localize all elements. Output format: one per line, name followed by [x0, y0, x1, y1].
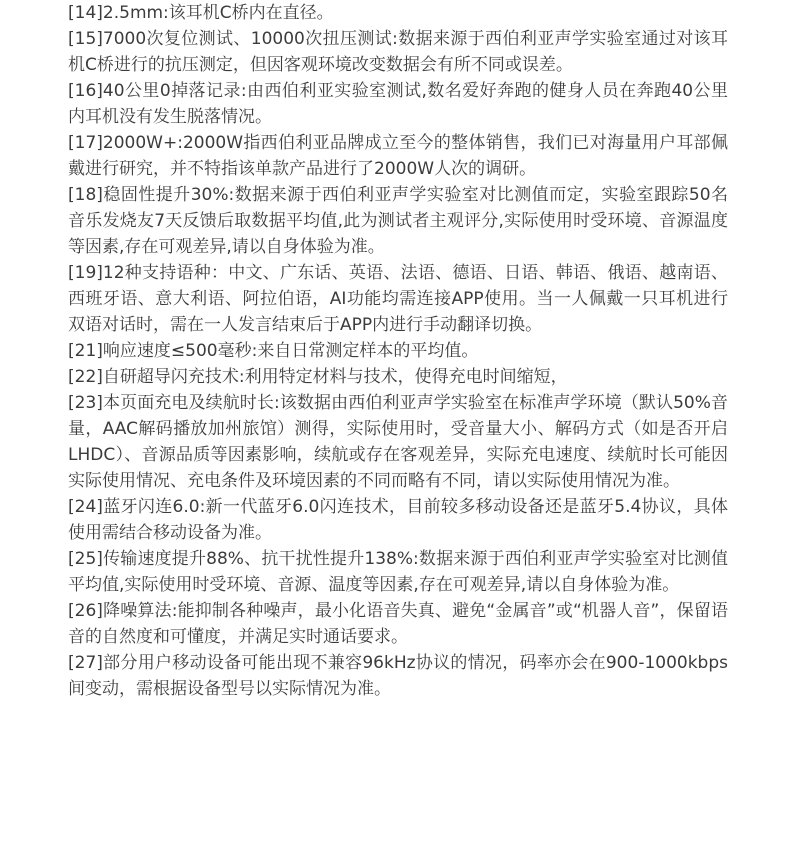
footnote-number: [15]	[68, 29, 103, 49]
footnote-text: 降噪算法:能抑制各种噪声，最小化语音失真、避免“金属音”或“机器人音”，保留语音…	[68, 601, 728, 647]
footnote-17: [17]2000W+:2000W指西伯利亚品牌成立至今的整体销售，我们已对海量用…	[68, 130, 728, 182]
footnote-number: [23]	[68, 393, 103, 413]
footnote-number: [24]	[68, 497, 103, 517]
footnote-text: 7000次复位测试、10000次扭压测试:数据来源于西伯利亚声学实验室通过对该耳…	[68, 29, 728, 75]
footnote-text: 2000W+:2000W指西伯利亚品牌成立至今的整体销售，我们已对海量用户耳部佩…	[68, 133, 728, 179]
footnote-text: 传输速度提升88%、抗干扰性提升138%:数据来源于西伯利亚声学实验室对比测值平…	[68, 549, 728, 595]
footnote-22: [22]自研超导闪充技术:利用特定材料与技术，使得充电时间缩短，	[68, 364, 728, 390]
footnote-number: [26]	[68, 601, 103, 621]
footnote-text: 12种支持语种：中文、广东话、英语、法语、德语、日语、韩语、俄语、越南语、西班牙…	[68, 263, 728, 335]
footnote-26: [26]降噪算法:能抑制各种噪声，最小化语音失真、避免“金属音”或“机器人音”，…	[68, 598, 728, 650]
footnote-text: 部分用户移动设备可能出现不兼容96kHz协议的情况，码率亦会在900-1000k…	[68, 653, 728, 699]
footnote-number: [27]	[68, 653, 103, 673]
footnote-number: [14]	[68, 3, 103, 23]
footnote-14: [14]2.5mm:该耳机C桥内在直径。	[68, 0, 728, 26]
footnote-25: [25]传输速度提升88%、抗干扰性提升138%:数据来源于西伯利亚声学实验室对…	[68, 546, 728, 598]
footnote-18: [18]稳固性提升30%:数据来源于西伯利亚声学实验室对比测值而定，实验室跟踪5…	[68, 182, 728, 260]
footnote-text: 本页面充电及续航时长:该数据由西伯利亚声学实验室在标准声学环境（默认50%音量，…	[68, 393, 728, 491]
footnote-21: [21]响应速度≤500毫秒:来自日常测定样本的平均值。	[68, 338, 728, 364]
footnote-19: [19]12种支持语种：中文、广东话、英语、法语、德语、日语、韩语、俄语、越南语…	[68, 260, 728, 338]
footnote-text: 40公里0掉落记录:由西伯利亚实验室测试,数名爱好奔跑的健身人员在奔跑40公里内…	[68, 81, 728, 127]
footnote-16: [16]40公里0掉落记录:由西伯利亚实验室测试,数名爱好奔跑的健身人员在奔跑4…	[68, 78, 728, 130]
footnote-number: [18]	[68, 185, 103, 205]
footnote-number: [16]	[68, 81, 103, 101]
footnote-15: [15]7000次复位测试、10000次扭压测试:数据来源于西伯利亚声学实验室通…	[68, 26, 728, 78]
footnote-number: [17]	[68, 133, 103, 153]
footnote-text: 2.5mm:该耳机C桥内在直径。	[103, 3, 334, 23]
footnotes-list: [14]2.5mm:该耳机C桥内在直径。 [15]7000次复位测试、10000…	[68, 0, 728, 702]
footnote-text: 响应速度≤500毫秒:来自日常测定样本的平均值。	[103, 341, 478, 361]
footnote-23: [23]本页面充电及续航时长:该数据由西伯利亚声学实验室在标准声学环境（默认50…	[68, 390, 728, 494]
footnote-text: 稳固性提升30%:数据来源于西伯利亚声学实验室对比测值而定，实验室跟踪50名音乐…	[68, 185, 728, 257]
footnote-number: [21]	[68, 341, 103, 361]
footnote-27: [27]部分用户移动设备可能出现不兼容96kHz协议的情况，码率亦会在900-1…	[68, 650, 728, 702]
footnote-text: 自研超导闪充技术:利用特定材料与技术，使得充电时间缩短，	[103, 367, 568, 387]
footnote-text: 蓝牙闪连6.0:新一代蓝牙6.0闪连技术，目前较多移动设备还是蓝牙5.4协议，具…	[68, 497, 728, 543]
footnote-number: [19]	[68, 263, 103, 283]
footnote-24: [24]蓝牙闪连6.0:新一代蓝牙6.0闪连技术，目前较多移动设备还是蓝牙5.4…	[68, 494, 728, 546]
footnote-number: [25]	[68, 549, 103, 569]
footnote-number: [22]	[68, 367, 103, 387]
